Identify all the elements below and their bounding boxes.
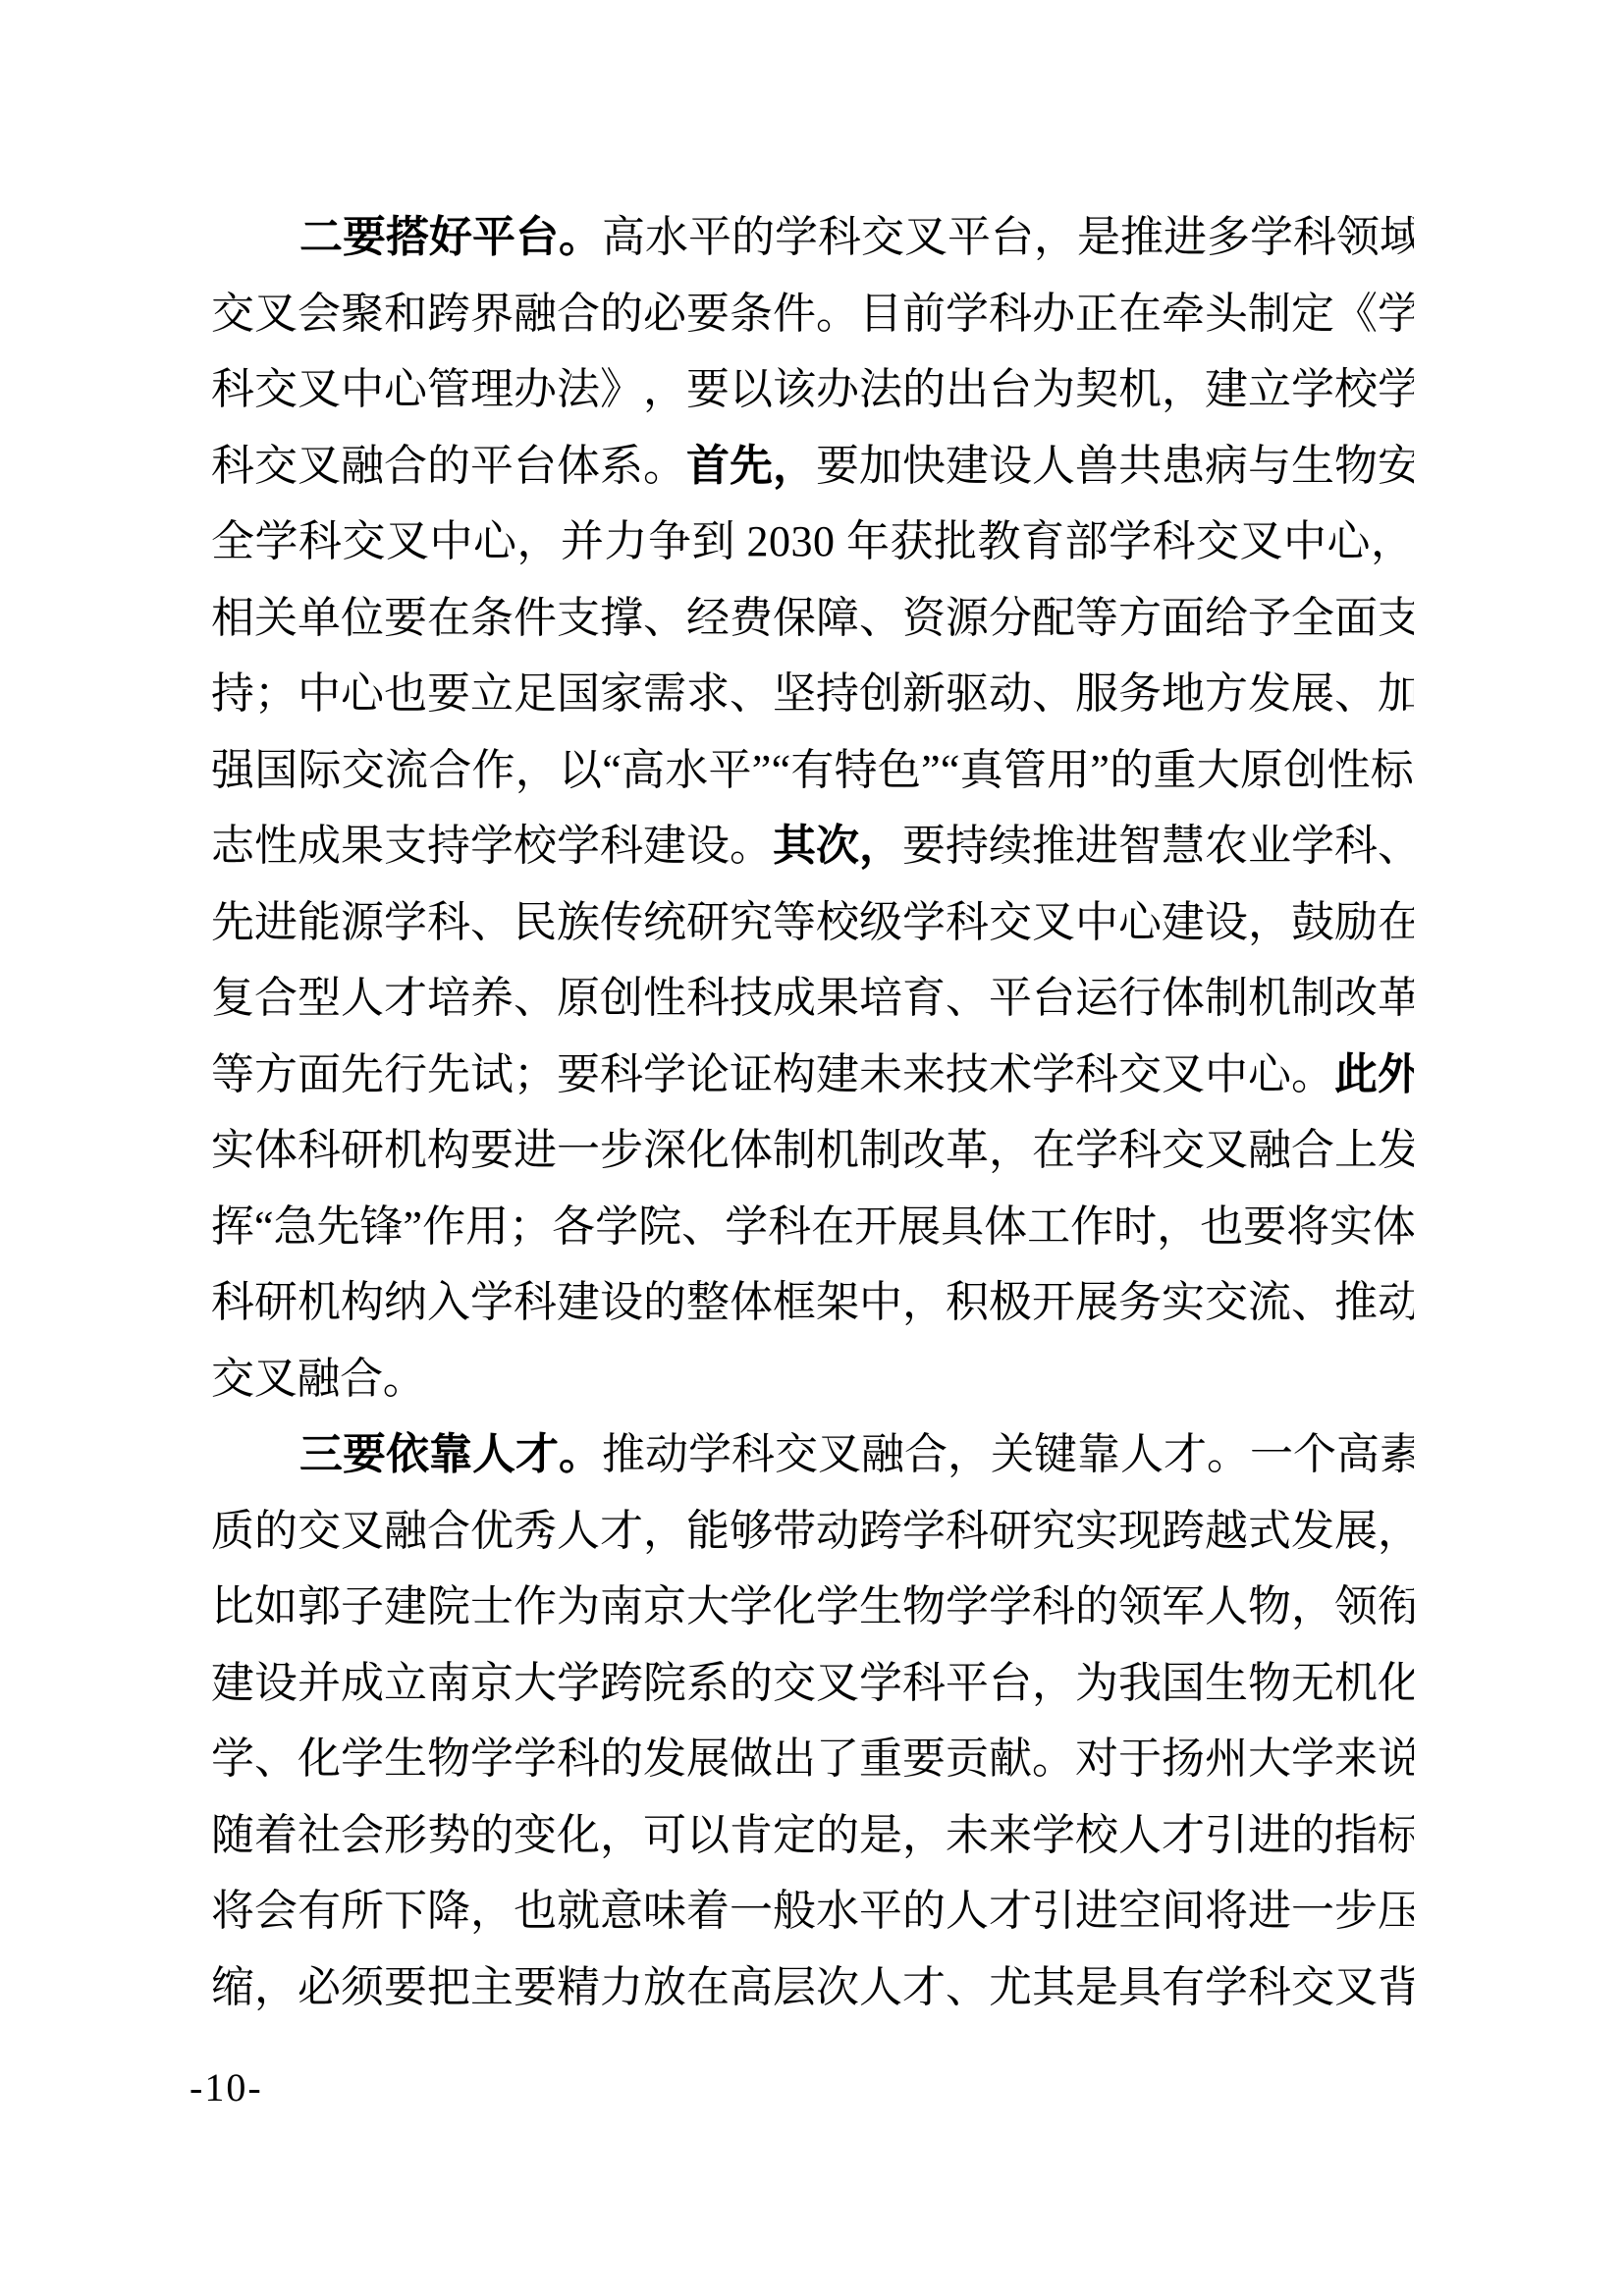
character: 先: [427, 1037, 470, 1113]
character: 素: [1380, 1416, 1414, 1493]
character: 合: [557, 276, 600, 352]
character: ，: [1157, 1189, 1200, 1265]
character: 学: [1378, 276, 1414, 352]
character: 中: [298, 656, 341, 732]
character: 体: [557, 428, 600, 505]
character: 推: [1120, 199, 1164, 276]
character: 以: [559, 732, 602, 809]
character: 一: [730, 1873, 773, 1949]
character: 带: [773, 1493, 816, 1570]
character: 高: [730, 1949, 773, 2026]
character: 将: [1205, 1873, 1248, 1949]
character: 要: [902, 808, 946, 884]
character: 试: [470, 1037, 514, 1113]
character: 持: [211, 656, 254, 732]
bold-character: 依: [386, 1416, 429, 1493]
character: 源: [946, 580, 989, 657]
character: 合: [384, 428, 427, 505]
character: 等: [1075, 580, 1118, 657]
character: 科: [902, 1645, 946, 1722]
character: 南: [600, 1569, 643, 1645]
character: 型: [298, 960, 341, 1037]
character: 生: [384, 1721, 427, 1797]
character: 办: [1032, 276, 1075, 352]
character: ，: [470, 1873, 514, 1949]
character: 要: [514, 1949, 557, 2026]
character: 高: [602, 199, 645, 276]
character: 台: [989, 1645, 1032, 1722]
bold-character: 此: [1334, 1037, 1378, 1113]
character: ；: [514, 1037, 557, 1113]
text-line: 强国际交流合作，以“高水平”“有特色”“真管用”的重大原创性标: [211, 732, 1414, 809]
character: 展: [1075, 1264, 1118, 1341]
character: “: [772, 732, 791, 809]
character: 高: [622, 732, 665, 809]
character: 支: [384, 808, 427, 884]
character: “: [602, 732, 622, 809]
character: 进: [1248, 1873, 1291, 1949]
character: 有: [298, 1873, 341, 1949]
character: 领: [1334, 1569, 1378, 1645]
character: 比: [211, 1569, 254, 1645]
character: 具: [941, 1189, 984, 1265]
character: 为: [1032, 351, 1075, 428]
character: 学: [1291, 808, 1334, 884]
character: 极: [989, 1264, 1032, 1341]
character: 科: [600, 808, 643, 884]
character: 有: [790, 732, 834, 809]
character: 在: [811, 1189, 854, 1265]
character: 京: [643, 1569, 686, 1645]
character: 键: [1034, 1416, 1077, 1493]
character: 关: [254, 580, 298, 657]
character: 才: [1162, 1797, 1205, 1874]
character: 物: [1248, 1569, 1291, 1645]
character: 的: [600, 276, 643, 352]
character: 创: [1283, 732, 1326, 809]
character: 的: [427, 428, 470, 505]
character: 叉: [254, 1341, 298, 1417]
character: 科: [211, 428, 254, 505]
character: 方: [1205, 656, 1248, 732]
text-line: 缩，必须要把主要精力放在高层次人才、尤其是具有学科交叉背: [211, 1949, 1414, 2026]
character: 科: [818, 199, 861, 276]
character: 共: [1118, 428, 1162, 505]
character: 做: [730, 1721, 773, 1797]
character: 可: [643, 1797, 686, 1874]
character: 式: [1248, 1493, 1291, 1570]
bold-character: 搭: [386, 199, 429, 276]
text-line: 科交叉融合的平台体系。首先，要加快建设人兽共患病与生物安: [211, 428, 1414, 505]
character: 够: [730, 1493, 773, 1570]
character: 、: [1291, 1264, 1334, 1341]
character: 交: [254, 428, 298, 505]
character: 、: [1032, 656, 1075, 732]
character: 深: [643, 1112, 686, 1189]
character: 叉: [1032, 884, 1075, 961]
character: 秀: [514, 1493, 557, 1570]
character: 人: [1120, 1416, 1164, 1493]
character: 中: [430, 504, 473, 580]
character: 将: [1286, 1189, 1329, 1265]
character: 开: [1032, 1264, 1075, 1341]
character: 锋: [360, 1189, 404, 1265]
character: 契: [1075, 351, 1118, 428]
character: 进: [1075, 808, 1118, 884]
character: 制: [859, 1112, 902, 1189]
character: 着: [254, 1797, 298, 1874]
character: 全: [1291, 580, 1334, 657]
character: 实: [1162, 1264, 1205, 1341]
character: 空: [1118, 1873, 1162, 1949]
character: 叉: [1205, 1112, 1248, 1189]
character: 的: [1110, 732, 1153, 809]
character: 的: [470, 1797, 514, 1874]
character: 于: [1118, 1721, 1162, 1797]
character: 励: [1334, 884, 1378, 961]
character: ，: [989, 1112, 1032, 1189]
character: 交: [343, 504, 386, 580]
character: 学: [946, 1569, 989, 1645]
character: 、: [859, 580, 902, 657]
character: 体: [254, 1112, 298, 1189]
character: 革: [1378, 960, 1414, 1037]
character: 学: [816, 1569, 859, 1645]
character: 学: [902, 1493, 946, 1570]
character: 科: [1334, 808, 1378, 884]
character: 动: [989, 656, 1032, 732]
character: 。: [1291, 1037, 1334, 1113]
character: 3: [791, 504, 813, 580]
character: 生: [1291, 428, 1334, 505]
character: 源: [341, 884, 384, 961]
character: ，: [902, 1264, 946, 1341]
character: 扬: [1162, 1721, 1205, 1797]
text-line: 将会有所下降，也就意味着一般水平的人才引进空间将进一步压: [211, 1873, 1414, 1949]
character: 心: [341, 656, 384, 732]
character: 院: [643, 1645, 686, 1722]
character: 是: [1075, 1949, 1118, 2026]
character: 面: [1334, 580, 1378, 657]
character: 设: [600, 1264, 643, 1341]
character: 进: [1075, 1873, 1118, 1949]
character: 工: [1027, 1189, 1070, 1265]
character: 国: [1162, 1645, 1205, 1722]
character: 步: [600, 1112, 643, 1189]
character: 化: [686, 1112, 730, 1189]
text-line: 学、化学生物学学科的发展做出了重要贡献。对于扬州大学来说，: [211, 1721, 1414, 1797]
character: ”: [1090, 732, 1110, 809]
character: 才: [902, 1949, 946, 2026]
text-line: 二要搭好平台。高水平的学科交叉平台，是推进多学科领域: [211, 199, 1414, 276]
character: 重: [859, 1721, 902, 1797]
character: ，: [254, 1949, 298, 2026]
character: 进: [514, 1112, 557, 1189]
character: 动: [645, 1416, 688, 1493]
character: 心: [1248, 1037, 1291, 1113]
character: ，: [517, 504, 561, 580]
bold-character: 人: [472, 1416, 515, 1493]
character: 、: [254, 1721, 298, 1797]
character: 有: [1162, 1949, 1205, 2026]
character: 具: [1118, 1949, 1162, 2026]
character: 要: [686, 351, 730, 428]
character: 与: [1248, 428, 1291, 505]
character: 水: [665, 732, 708, 809]
character: 业: [1248, 808, 1291, 884]
character: 论: [686, 1037, 730, 1113]
character: 跨: [600, 1645, 643, 1722]
character: 定: [1291, 276, 1334, 352]
character: 步: [1334, 1873, 1378, 1949]
text-line: 相关单位要在条件支撑、经费保障、资源分配等方面给予全面支: [211, 580, 1414, 657]
character: 法: [557, 351, 600, 428]
character: 研: [254, 1264, 298, 1341]
character: 培: [859, 960, 902, 1037]
character: 目: [859, 276, 902, 352]
character: 般: [773, 1873, 816, 1949]
character: 坚: [773, 656, 816, 732]
character: 技: [946, 1037, 989, 1113]
character: 科: [211, 1264, 254, 1341]
character: 革: [946, 1112, 989, 1189]
character: 建: [557, 1264, 600, 1341]
character: 才: [600, 1493, 643, 1570]
character: 学: [989, 1569, 1032, 1645]
character: 患: [1162, 428, 1205, 505]
character: 在: [427, 580, 470, 657]
character: 出: [946, 351, 989, 428]
character: 交: [254, 351, 298, 428]
character: 一: [1291, 1873, 1334, 1949]
character: 分: [989, 580, 1032, 657]
character: 先: [341, 1037, 384, 1113]
character: 肯: [730, 1797, 773, 1874]
character: 、: [946, 1949, 989, 2026]
character: 交: [1118, 1037, 1162, 1113]
character: 、: [1378, 808, 1414, 884]
character: 办: [514, 351, 557, 428]
character: 台: [1032, 960, 1075, 1037]
character: 研: [341, 1112, 384, 1189]
character: 0: [813, 504, 835, 580]
character: 学: [1291, 351, 1334, 428]
character: 养: [470, 960, 514, 1037]
character: 融: [1248, 1112, 1291, 1189]
character: 推: [1032, 808, 1075, 884]
character: 须: [341, 1949, 384, 2026]
character: 育: [902, 960, 946, 1037]
character: 科: [686, 960, 730, 1037]
character: 来: [1334, 1721, 1378, 1797]
character: [836, 504, 846, 580]
character: 体: [1373, 1189, 1414, 1265]
character: 要: [1243, 1189, 1286, 1265]
character: 教: [978, 504, 1021, 580]
text-line: 交叉会聚和跨界融合的必要条件。目前学科办正在牵头制定《学: [211, 276, 1414, 352]
character: 化: [1378, 1645, 1414, 1722]
character: 台: [991, 199, 1034, 276]
character: 学: [1032, 1797, 1075, 1874]
character: 作: [472, 732, 515, 809]
character: 标: [1371, 732, 1414, 809]
character: 流: [385, 732, 428, 809]
character: 学: [902, 884, 946, 961]
character: 实: [211, 1112, 254, 1189]
character: 尤: [989, 1949, 1032, 2026]
document-body: 二要搭好平台。高水平的学科交叉平台，是推进多学科领域交叉会聚和跨界融合的必要条件…: [211, 199, 1414, 2025]
character: 为: [1075, 1645, 1118, 1722]
bold-character: 其: [773, 808, 816, 884]
character: 人: [341, 960, 384, 1037]
character: 级: [859, 884, 902, 961]
character: 的: [731, 199, 775, 276]
character: 中: [859, 1264, 902, 1341]
character: 人: [1118, 1797, 1162, 1874]
character: 化: [298, 1721, 341, 1797]
character: 学: [255, 504, 298, 580]
text-line: 志性成果支持学校学科建设。其次，要持续推进智慧农业学科、: [211, 808, 1414, 884]
character: 、: [470, 884, 514, 961]
character: 台: [514, 428, 557, 505]
character: 志: [211, 808, 254, 884]
page-number: -10-: [189, 2067, 263, 2109]
character: 统: [643, 884, 686, 961]
character: 融: [341, 428, 384, 505]
character: 必: [298, 1949, 341, 2026]
character: 交: [989, 884, 1032, 961]
character: 力: [605, 504, 648, 580]
character: 平: [947, 199, 991, 276]
character: 说: [1378, 1721, 1414, 1797]
character: 校: [1334, 351, 1378, 428]
character: ，: [643, 1493, 686, 1570]
character: 的: [1291, 1797, 1334, 1874]
character: 国: [557, 656, 600, 732]
character: 用: [465, 1189, 509, 1265]
character: 要: [384, 580, 427, 657]
character: 物: [902, 1569, 946, 1645]
character: 发: [1378, 1112, 1414, 1189]
character: 融: [297, 1341, 340, 1417]
character: ，: [1162, 351, 1205, 428]
character: 科: [989, 276, 1032, 352]
character: 学: [688, 1416, 731, 1493]
character: 叉: [818, 1416, 861, 1493]
character: 管: [427, 351, 470, 428]
character: 合: [1291, 1112, 1334, 1189]
character: 缩: [211, 1949, 254, 2026]
character: 献: [989, 1721, 1032, 1797]
character: 平: [688, 199, 731, 276]
character: 。: [383, 1341, 426, 1417]
character: 机: [298, 1264, 341, 1341]
character: 中: [1283, 504, 1326, 580]
character: 指: [1334, 1797, 1378, 1874]
character: 一: [1250, 1416, 1293, 1493]
character: 科: [1075, 1037, 1118, 1113]
character: 制: [773, 1112, 816, 1189]
character: 、: [681, 1189, 725, 1265]
character: 跨: [1162, 1493, 1205, 1570]
character: 机: [1248, 960, 1291, 1037]
character: 驱: [946, 656, 989, 732]
character: 架: [816, 1264, 859, 1341]
bold-character: 平: [472, 199, 515, 276]
character: 加: [1378, 656, 1414, 732]
character: 叉: [298, 351, 341, 428]
character: 用: [1047, 732, 1090, 809]
character: 新: [902, 656, 946, 732]
character: 头: [1205, 276, 1248, 352]
character: 把: [427, 1949, 470, 2026]
character: 高: [1336, 1416, 1380, 1493]
character: ，: [643, 351, 686, 428]
character: 科: [946, 1493, 989, 1570]
character: 成: [341, 1645, 384, 1722]
character: 融: [514, 276, 557, 352]
character: 合: [254, 960, 298, 1037]
character: 性: [1326, 732, 1370, 809]
character: 衔: [1378, 1569, 1414, 1645]
text-line: 质的交叉融合优秀人才，能够带动跨学科研究实现跨越式发展，: [211, 1493, 1414, 1570]
character: 叉: [386, 504, 429, 580]
character: 、: [946, 960, 989, 1037]
character: 配: [1032, 580, 1075, 657]
character: 相: [211, 580, 254, 657]
character: 持: [427, 808, 470, 884]
character: 展: [1291, 656, 1334, 732]
bold-character: 首: [686, 428, 730, 505]
character: 定: [773, 1797, 816, 1874]
character: 纳: [384, 1264, 427, 1341]
character: 社: [298, 1797, 341, 1874]
character: 条: [730, 276, 773, 352]
character: 传: [600, 884, 643, 961]
bold-character: 次: [816, 808, 859, 884]
character: 快: [902, 428, 946, 505]
character: 作: [422, 1189, 465, 1265]
bold-character: 外: [1378, 1037, 1414, 1113]
character: 的: [643, 1264, 686, 1341]
text-line: 比如郭子建院士作为南京大学化学生物学学科的领军人物，领衔: [211, 1569, 1414, 1645]
character: 背: [1378, 1949, 1414, 2026]
character: 要: [384, 1949, 427, 2026]
character: 等: [773, 884, 816, 961]
character: 间: [1162, 1873, 1205, 1949]
bold-character: 先: [730, 428, 773, 505]
character: 科: [1118, 1112, 1162, 1189]
character: 展: [1334, 1493, 1378, 1570]
character: 、: [514, 960, 557, 1037]
character: 成: [298, 808, 341, 884]
character: 合: [340, 1341, 383, 1417]
bold-character: 二: [299, 199, 343, 276]
character: 物: [427, 1721, 470, 1797]
character: 出: [773, 1721, 816, 1797]
character: 展: [686, 1721, 730, 1797]
character: 来: [902, 1037, 946, 1113]
character: 单: [298, 580, 341, 657]
character: 病: [1205, 428, 1248, 505]
character: 学: [557, 808, 600, 884]
character: 设: [1205, 884, 1248, 961]
character: 科: [427, 884, 470, 961]
character: 强: [211, 732, 254, 809]
character: 学: [595, 1189, 638, 1265]
character: 年: [846, 504, 890, 580]
character: 现: [1118, 1493, 1162, 1570]
